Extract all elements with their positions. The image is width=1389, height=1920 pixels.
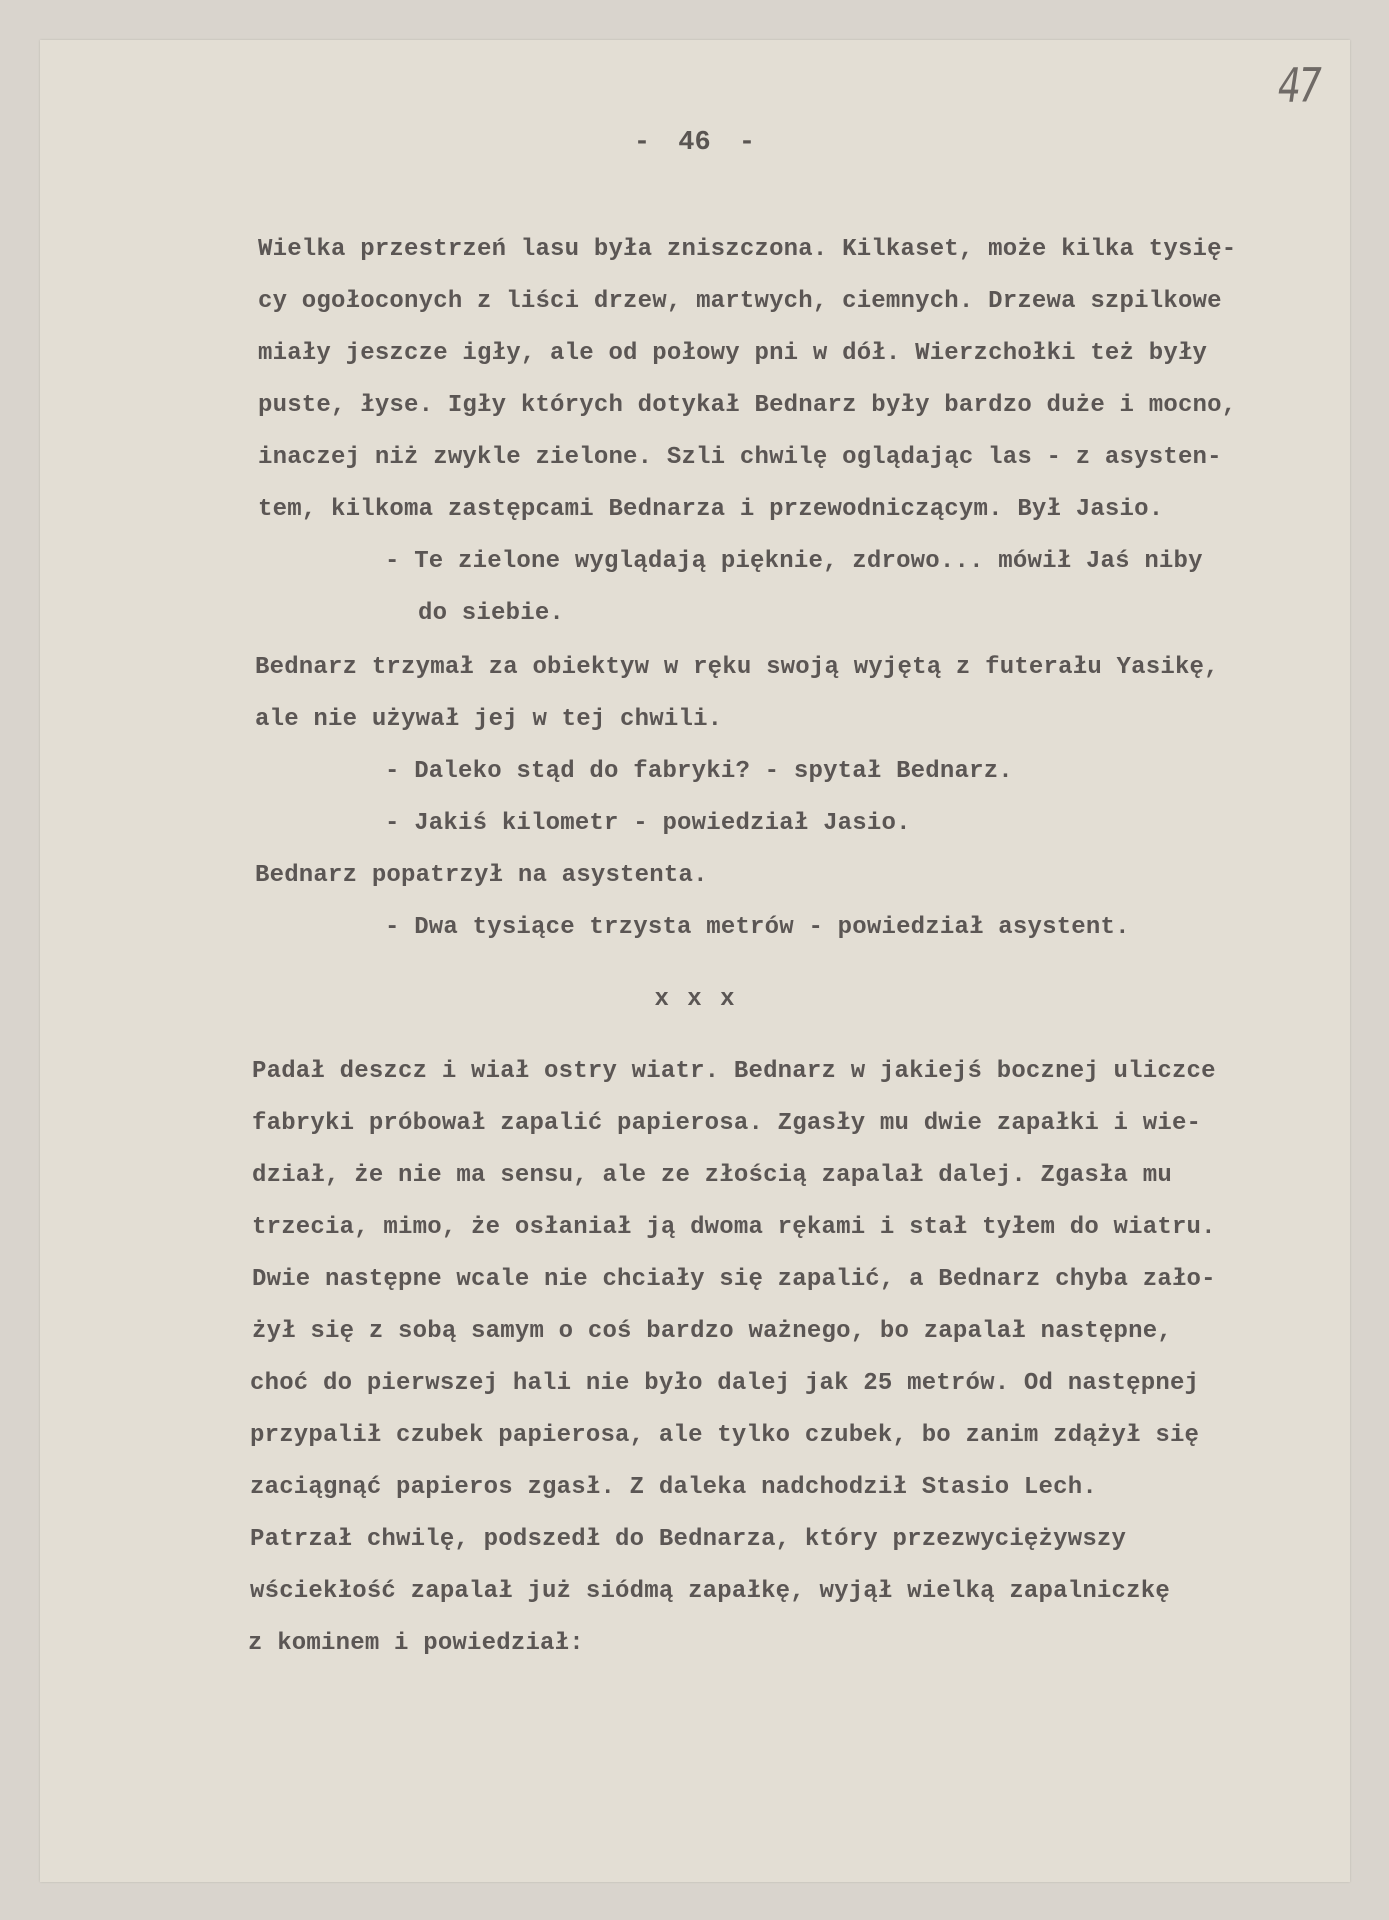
text-line: Patrzał chwilę, podszedł do Bednarza, kt… [250, 1526, 1126, 1553]
text-line: Wielka przestrzeń lasu była zniszczona. … [258, 236, 1236, 263]
text-line: miały jeszcze igły, ale od połowy pni w … [258, 340, 1207, 367]
section-separator: x x x [0, 986, 1389, 1013]
text-line: dział, że nie ma sensu, ale ze złością z… [252, 1162, 1172, 1189]
text-line: tem, kilkoma zastępcami Bednarza i przew… [258, 496, 1163, 523]
dialogue-line: do siebie. [418, 600, 564, 627]
text-line: z kominem i powiedział: [248, 1630, 584, 1657]
text-line: choć do pierwszej hali nie było dalej ja… [250, 1370, 1199, 1397]
text-line: cy ogołoconych z liści drzew, martwych, … [258, 288, 1222, 315]
text-line: trzecia, mimo, że osłaniał ją dwoma ręka… [252, 1214, 1216, 1241]
dialogue-line: - Daleko stąd do fabryki? - spytał Bedna… [385, 758, 1013, 785]
text-line: fabryki próbował zapalić papierosa. Zgas… [252, 1110, 1201, 1137]
text-line: Padał deszcz i wiał ostry wiatr. Bednarz… [252, 1058, 1216, 1085]
text-line: Bednarz trzymał za obiektyw w ręku swoją… [255, 654, 1219, 681]
text-line: przypalił czubek papierosa, ale tylko cz… [250, 1422, 1199, 1449]
dialogue-line: - Dwa tysiące trzysta metrów - powiedzia… [385, 914, 1130, 941]
text-line: Dwie następne wcale nie chciały się zapa… [252, 1266, 1216, 1293]
dialogue-line: - Te zielone wyglądają pięknie, zdrowo..… [385, 548, 1203, 575]
text-line: zaciągnąć papieros zgasł. Z daleka nadch… [250, 1474, 1097, 1501]
text-line: Bednarz popatrzył na asystenta. [255, 862, 708, 889]
text-line: inaczej niż zwykle zielone. Szli chwilę … [258, 444, 1222, 471]
dialogue-line: - Jakiś kilometr - powiedział Jasio. [385, 810, 911, 837]
text-line: ale nie używał jej w tej chwili. [255, 706, 722, 733]
handwritten-folio-number: 47 [1278, 60, 1320, 113]
text-line: żył się z sobą samym o coś bardzo ważneg… [252, 1318, 1172, 1345]
text-line: puste, łyse. Igły których dotykał Bednar… [258, 392, 1236, 419]
typewritten-page [40, 40, 1350, 1882]
page-number: - 46 - [0, 128, 1389, 158]
text-line: wściekłość zapalał już siódmą zapałkę, w… [250, 1578, 1170, 1605]
